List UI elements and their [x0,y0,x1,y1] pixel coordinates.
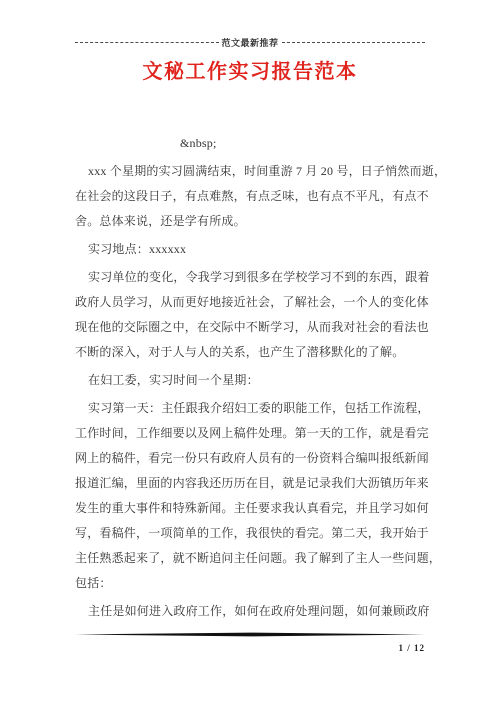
paragraph: 实习地点：xxxxxx [75,237,425,262]
header-rule: 范文最新推荐 [75,36,425,49]
paragraph: 实习第一天：主任跟我介绍妇工委的职能工作，包括工作流程， 工作时间，工作细要以及… [75,396,425,596]
footer-divider-line [75,632,425,637]
header-dash-left [75,42,219,43]
page-number: 1 / 12 [398,643,425,653]
header-dash-right [282,42,426,43]
document-title: 文秘工作实习报告范本 [0,59,500,85]
header-label: 范文最新推荐 [219,36,282,49]
paragraph: &nbsp; [75,131,425,156]
paragraph: 实习单位的变化，令我学习到很多在学校学习不到的东西，跟着 政府人员学习，从而更好… [75,265,425,365]
paragraph: 在妇工委，实习时间一个星期： [75,368,425,393]
paragraph: xxx 个星期的实习圆满结束，时间重游 7 月 20 号，日子悄然而逝， 在社会… [75,159,425,234]
paragraph: 主任是如何进入政府工作，如何在政府处理问题，如何兼顾政府 [75,599,425,624]
document-body: &nbsp; xxx 个星期的实习圆满结束，时间重游 7 月 20 号，日子悄然… [75,131,425,624]
document-page: 范文最新推荐 文秘工作实习报告范本 &nbsp; xxx 个星期的实习圆满结束，… [0,0,500,707]
